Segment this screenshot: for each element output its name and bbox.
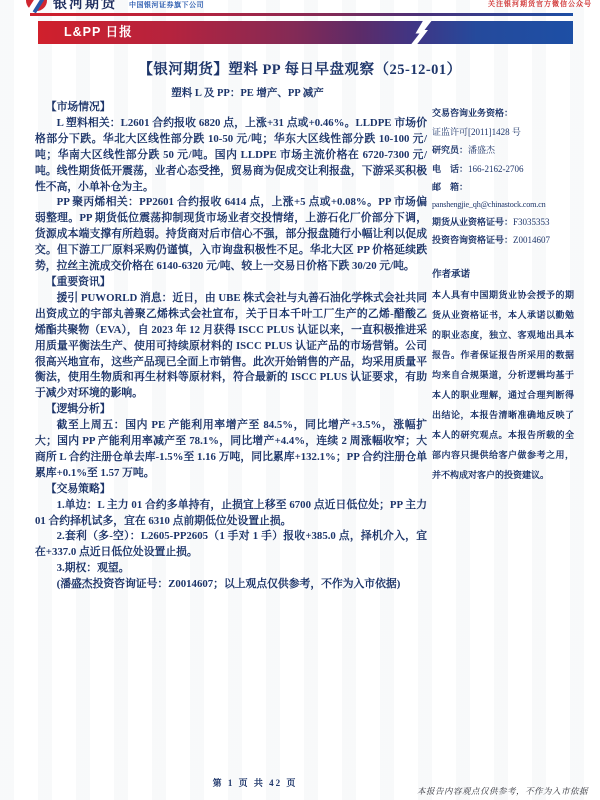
report-body: 【市场情况】 L 塑料相关：L2601 合约报收 6820 点，上涨+31 点或… (35, 100, 427, 593)
header-right-note: 关注银河期货官方微信公众号 (488, 0, 592, 9)
futures-cert-label: 期货从业资格证号： (432, 217, 513, 227)
section-heading-strategy: 【交易策略】 (35, 482, 427, 498)
futures-cert-number: F3035353 (513, 217, 550, 227)
section-heading-news: 【重要资讯】 (35, 275, 427, 291)
page-title: 【银河期货】塑料 PP 每日早盘观察（25-12-01） (0, 58, 600, 79)
header-divider (30, 13, 573, 16)
researcher-name: 潘盛杰 (468, 145, 495, 155)
galaxy-logo-icon (26, 0, 47, 11)
page-number: 第 1 页 共 42 页 (35, 776, 475, 789)
company-logo-text: 银河期货 (53, 0, 117, 13)
paragraph-market-pp: PP 聚丙烯相关：PP2601 合约报收 6414 点，上涨+5 点或+0.08… (35, 195, 427, 275)
section-heading-market: 【市场情况】 (35, 100, 427, 116)
email-label: 邮 箱： (432, 178, 574, 197)
license-number: 证监许可[2011]1428 号 (432, 123, 574, 142)
footer-disclaimer: 本报告内容观点仅供参考，不作为入市依据 (417, 785, 588, 797)
paragraph-strategy-note: (潘盛杰投资咨询证号：Z0014607；以上观点仅供参考，不作为入市依据) (35, 577, 427, 593)
paragraph-strategy-unilateral: 1.单边：L 主力 01 合约多单持有，止损宜上移至 6700 点近日低位处；P… (35, 498, 427, 530)
section-heading-logic: 【逻辑分析】 (35, 402, 427, 418)
paragraph-news: 援引 PUWORLD 消息：近日，由 UBE 株式会社与丸善石油化学株式会社共同… (35, 291, 427, 402)
advisory-cert-row: 投资咨询资格证号：Z0014607 (432, 231, 574, 250)
advisory-cert-number: Z0014607 (513, 235, 550, 245)
sidebar: 交易咨询业务资格： 证监许可[2011]1428 号 研究员：潘盛杰 电 话：1… (432, 104, 574, 485)
company-tagline: 中国银河证券旗下公司 (129, 0, 204, 10)
paragraph-market-l: L 塑料相关：L2601 合约报收 6820 点，上涨+31 点或+0.46%。… (35, 116, 427, 196)
researcher-row: 研究员：潘盛杰 (432, 141, 574, 160)
phone-label: 电 话： (432, 164, 468, 174)
business-qualification-label: 交易咨询业务资格： (432, 104, 574, 123)
header-bar: 银河期货 中国银河证券旗下公司 关注银河期货官方微信公众号 (0, 0, 600, 14)
banner-title: L&PP 日报 (64, 21, 133, 44)
futures-cert-row: 期货从业资格证号：F3035353 (432, 213, 574, 232)
researcher-label: 研究员： (432, 145, 468, 155)
banner-swoosh-icon (410, 20, 434, 46)
page-subtitle: 塑料 L 及 PP：PE 增产、PP 减产 (35, 85, 460, 100)
advisory-cert-label: 投资咨询资格证号： (432, 235, 513, 245)
phone-number: 166-2162-2706 (468, 164, 524, 174)
phone-row: 电 话：166-2162-2706 (432, 160, 574, 179)
email-address: panshengjie_qh@chinastock.com.cn (432, 197, 574, 213)
report-banner: L&PP 日报 (38, 21, 573, 44)
paragraph-strategy-arbitrage: 2.套利（多-空）：L2605-PP2605（1 手对 1 手）报收+385.0… (35, 529, 427, 561)
author-promise-text: 本人具有中国期货业协会授予的期货从业资格证书，本人承诺以勤勉的职业态度，独立、客… (432, 285, 574, 485)
paragraph-logic: 截至上周五：国内 PE 产能利用率增产至 84.5%，同比增产+3.5%，涨幅扩… (35, 418, 427, 482)
report-page: 银河期货 中国银河证券旗下公司 关注银河期货官方微信公众号 L&PP 日报 【银… (0, 0, 600, 800)
author-promise-title: 作者承诺 (432, 265, 574, 285)
paragraph-strategy-options: 3.期权：观望。 (35, 561, 427, 577)
